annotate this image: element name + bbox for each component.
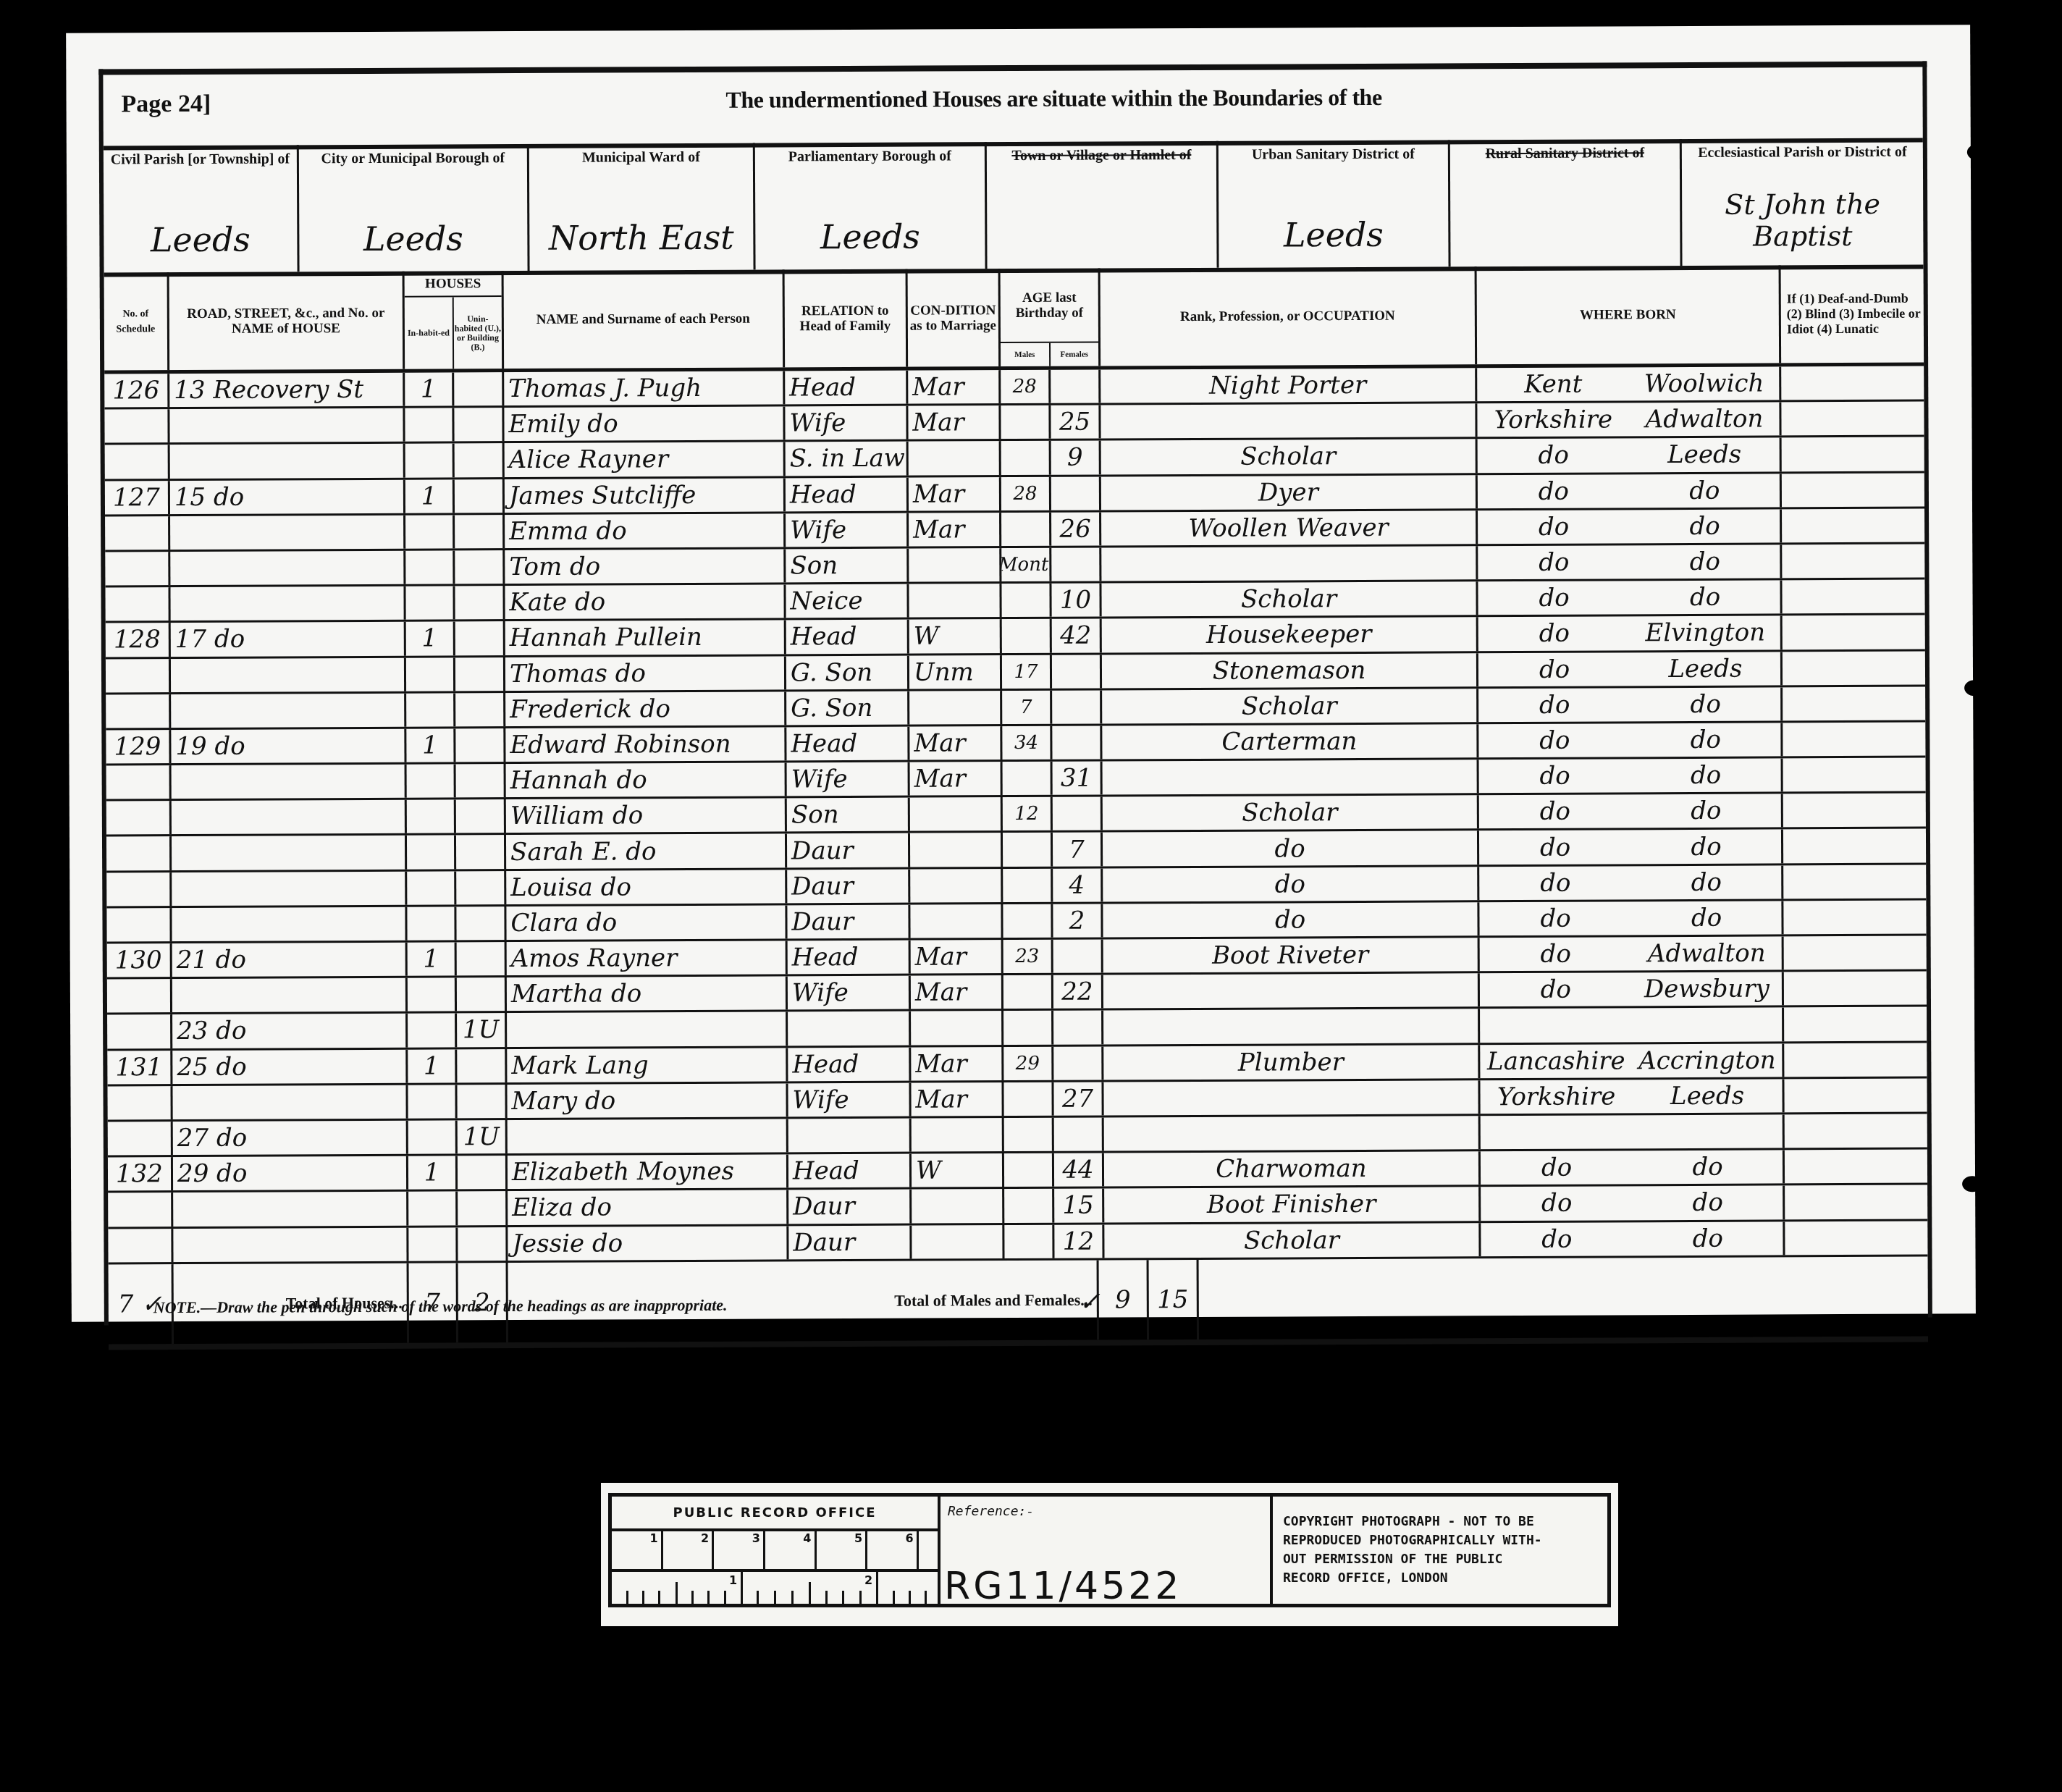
male-age-cell xyxy=(1003,868,1053,901)
road-cell xyxy=(172,978,408,1013)
occupation-cell: Boot Finisher xyxy=(1104,1187,1481,1222)
uninhabited-cell xyxy=(456,764,506,797)
condition-cell: Mar xyxy=(909,726,1002,760)
occupation-cell: Carterman xyxy=(1102,724,1478,759)
table-header: No. of Schedule ROAD, STREET, &c., and N… xyxy=(104,265,1924,374)
inhabited-cell xyxy=(407,871,456,904)
occupation-cell: Boot Riveter xyxy=(1103,938,1480,972)
boundary-value: St John the Baptist xyxy=(1682,188,1923,253)
relation-cell: G. Son xyxy=(786,655,909,689)
female-age-cell: 2 xyxy=(1053,904,1103,937)
uninhabited-cell xyxy=(455,586,505,619)
schedule-cell xyxy=(105,552,170,586)
male-age-cell xyxy=(1001,405,1051,439)
occupation-cell: do xyxy=(1103,867,1479,901)
inhabited-cell: 1 xyxy=(406,728,455,762)
copyright-line: COPYRIGHT PHOTOGRAPH - NOT TO BE xyxy=(1283,1513,1542,1531)
born-county-cell: do xyxy=(1479,901,1631,935)
occupation-cell xyxy=(1104,1116,1481,1151)
female-age-cell: 10 xyxy=(1051,584,1101,617)
born-place-cell: do xyxy=(1631,758,1783,792)
name-cell xyxy=(507,1012,788,1047)
born-county-cell: do xyxy=(1478,723,1630,757)
schedule-cell xyxy=(107,979,172,1013)
relation-cell: Head xyxy=(786,620,909,654)
boundary-value: Leeds xyxy=(1219,214,1448,254)
female-age-cell: 44 xyxy=(1054,1153,1104,1187)
ruler-label: 2 xyxy=(864,1573,872,1587)
boundary-label: Ecclesiastical Parish or District of xyxy=(1682,144,1923,161)
male-age-cell xyxy=(1004,1118,1054,1151)
uninhabited-cell xyxy=(456,871,506,904)
road-cell: 29 do xyxy=(173,1156,408,1191)
born-place-cell: Dewsbury xyxy=(1632,972,1784,1006)
condition-cell xyxy=(909,441,1001,475)
uninhabited-cell xyxy=(455,515,505,548)
boundary-value: Leeds xyxy=(299,219,527,258)
schedule-cell: 126 xyxy=(104,374,169,408)
col-condition: CON-DITION as to Marriage xyxy=(908,269,1001,367)
boundary-municipal-borough: City or Municipal Borough of Leeds xyxy=(299,144,530,272)
inhabited-cell xyxy=(408,1227,458,1261)
boundary-value xyxy=(1450,253,1680,253)
road-cell xyxy=(172,765,407,799)
born-county-cell: Kent xyxy=(1477,367,1629,401)
name-cell: Mary do xyxy=(507,1083,788,1118)
born-place-cell: do xyxy=(1633,1221,1785,1255)
boundary-civil-parish: Civil Parish [or Township] of Leeds xyxy=(104,145,300,272)
born-county-cell: do xyxy=(1478,510,1630,544)
schedule-cell xyxy=(105,587,170,621)
born-place-cell: do xyxy=(1630,544,1782,579)
female-age-cell: 4 xyxy=(1053,868,1103,901)
road-cell xyxy=(170,444,405,479)
inhabited-cell xyxy=(405,515,455,548)
born-county-cell: do xyxy=(1478,688,1630,722)
occupation-cell: do xyxy=(1103,831,1479,866)
born-place-cell: do xyxy=(1631,794,1783,828)
occupation-cell: do xyxy=(1103,902,1479,937)
female-age-cell: 25 xyxy=(1051,405,1101,439)
col-name: NAME and Surname of each Person xyxy=(504,269,786,369)
infirmity-cell xyxy=(1783,794,1926,828)
ruler-label: 1 xyxy=(729,1573,737,1587)
male-age-cell xyxy=(1004,1189,1054,1222)
uninhabited-cell: 1U xyxy=(457,1013,507,1046)
female-age-cell: 22 xyxy=(1053,975,1103,1009)
born-place-cell xyxy=(1633,1114,1785,1148)
relation-cell: Daur xyxy=(787,833,910,867)
road-cell: 13 Recovery St xyxy=(169,373,405,408)
born-place-cell: Leeds xyxy=(1632,1079,1784,1113)
name-cell: Hannah Pullein xyxy=(505,621,786,655)
infirmity-cell xyxy=(1785,1114,1927,1148)
boundary-label: Municipal Ward of xyxy=(529,149,753,166)
scale-panel: PUBLIC RECORD OFFICE 1 2 3 4 5 6 1 xyxy=(612,1497,940,1604)
male-age-cell xyxy=(1003,1082,1053,1116)
female-age-cell: 27 xyxy=(1053,1082,1103,1115)
born-county-cell: do xyxy=(1478,652,1630,686)
infirmity-cell xyxy=(1783,829,1926,863)
born-place-cell: do xyxy=(1630,723,1783,757)
scale-mark: 3 xyxy=(714,1531,765,1569)
road-cell xyxy=(172,907,407,942)
inhabited-cell xyxy=(407,800,456,833)
page-title: The undermentioned Houses are situate wi… xyxy=(725,84,1381,114)
boundary-value: Leeds xyxy=(755,216,985,256)
schedule-cell xyxy=(105,445,170,479)
age-label: AGE last Birthday of xyxy=(1001,269,1098,342)
infirmity-cell xyxy=(1783,758,1926,792)
female-age-cell xyxy=(1053,1011,1103,1044)
born-county-cell: do xyxy=(1479,866,1631,900)
name-cell xyxy=(508,1119,788,1153)
relation-cell: Son xyxy=(787,798,910,832)
persons-total-text: Total of Males and Females... xyxy=(894,1290,1093,1310)
inhabited-cell: 1 xyxy=(405,372,454,405)
col-houses: HOUSES In-habit-ed Unin-habited (U.), or… xyxy=(405,271,505,369)
female-age-cell xyxy=(1053,940,1103,973)
born-place-cell: Elvington xyxy=(1630,616,1783,650)
condition-cell xyxy=(909,548,1001,582)
inhabited-cell: 1 xyxy=(408,942,457,975)
male-age-cell xyxy=(1003,1011,1053,1044)
relation-cell: Neice xyxy=(786,584,909,618)
inhabited-cell xyxy=(408,1120,458,1153)
born-place-cell: do xyxy=(1630,509,1782,543)
boundary-label: Parliamentary Borough of xyxy=(755,148,985,164)
occupation-cell xyxy=(1103,973,1480,1008)
born-place-cell: Adwalton xyxy=(1629,403,1781,437)
occupation-cell: Stonemason xyxy=(1102,653,1478,688)
uninhabited-cell xyxy=(458,1191,508,1224)
road-cell: 19 do xyxy=(171,729,406,764)
born-place-cell: Leeds xyxy=(1630,438,1782,472)
born-county-cell: do xyxy=(1479,759,1631,793)
occupation-cell: Plumber xyxy=(1103,1045,1480,1080)
male-age-cell: 23 xyxy=(1003,940,1053,973)
relation-cell xyxy=(788,1119,912,1153)
occupation-cell: Night Porter xyxy=(1101,368,1477,403)
born-place-cell: do xyxy=(1630,474,1782,508)
infirmity-cell xyxy=(1783,722,1925,756)
occupation-cell: Housekeeper xyxy=(1102,618,1478,652)
relation-cell xyxy=(788,1011,911,1046)
occupation-cell: Scholar xyxy=(1103,795,1479,830)
inhabited-cell xyxy=(407,764,456,797)
females-total: 15 xyxy=(1149,1260,1199,1339)
male-age-cell: 6 Months xyxy=(1001,548,1051,581)
born-county-cell: do xyxy=(1481,1222,1633,1256)
male-age-cell xyxy=(1004,1224,1054,1258)
relation-cell: Wife xyxy=(785,406,908,440)
relation-cell: Head xyxy=(788,1154,912,1188)
schedule-cell xyxy=(108,1192,173,1227)
female-age-cell xyxy=(1053,1046,1103,1080)
born-county-cell: do xyxy=(1478,617,1630,651)
totals-blank xyxy=(1199,1256,1928,1339)
condition-cell: Mar xyxy=(909,477,1001,511)
female-age-cell: 15 xyxy=(1054,1189,1104,1222)
schedule-cell xyxy=(108,1229,173,1263)
uninhabited-cell xyxy=(458,1227,508,1261)
male-age-cell xyxy=(1003,904,1053,938)
male-age-cell: 12 xyxy=(1003,797,1053,830)
male-age-cell: 7 xyxy=(1002,690,1052,723)
scale-mark: 4 xyxy=(765,1531,817,1569)
census-table: No. of Schedule ROAD, STREET, &c., and N… xyxy=(104,265,1928,1350)
occupation-cell xyxy=(1103,1080,1480,1115)
inhabited-cell xyxy=(405,550,455,584)
schedule-cell xyxy=(107,1014,172,1048)
road-cell xyxy=(169,408,405,443)
inhabited-cell xyxy=(406,693,455,726)
record-office-label: PUBLIC RECORD OFFICE 1 2 3 4 5 6 1 xyxy=(601,1483,1618,1626)
relation-cell: Wife xyxy=(788,976,911,1010)
condition-cell: Mar xyxy=(911,1047,1003,1081)
relation-cell: Wife xyxy=(787,762,910,796)
name-cell: Louisa do xyxy=(506,870,787,904)
male-age-cell: 28 xyxy=(1001,476,1051,510)
female-age-cell: 31 xyxy=(1053,762,1103,795)
boundary-value: Leeds xyxy=(104,219,297,259)
col-uninhabited: Unin-habited (U.), or Building (B.) xyxy=(454,297,502,369)
inhabited-cell xyxy=(407,836,456,869)
born-place-cell: do xyxy=(1630,581,1782,615)
female-age-cell: 42 xyxy=(1052,619,1102,652)
born-county-cell: do xyxy=(1480,937,1632,971)
schedule-cell: 132 xyxy=(108,1157,173,1191)
schedule-cell xyxy=(106,694,171,728)
col-where-born: WHERE BORN xyxy=(1477,265,1782,364)
condition-cell xyxy=(910,797,1003,831)
born-place-cell: Woolwich xyxy=(1629,366,1781,400)
road-cell xyxy=(170,586,405,621)
reference-panel: Reference:- RG11/4522 xyxy=(940,1497,1273,1604)
relation-cell: Head xyxy=(786,727,909,761)
occupation-cell xyxy=(1101,403,1477,438)
record-office-title: PUBLIC RECORD OFFICE xyxy=(612,1497,938,1531)
name-cell: Tom do xyxy=(505,549,786,584)
name-cell: Frederick do xyxy=(505,691,786,726)
uninhabited-cell xyxy=(457,1049,507,1082)
copyright-line: OUT PERMISSION OF THE PUBLIC xyxy=(1283,1550,1542,1569)
male-age-cell xyxy=(1002,619,1052,652)
inhabited-cell: 1 xyxy=(406,622,455,655)
condition-cell xyxy=(910,869,1003,903)
infirmity-cell xyxy=(1783,900,1926,934)
road-cell xyxy=(172,1085,408,1119)
road-cell xyxy=(173,1192,408,1227)
uninhabited-cell xyxy=(457,1085,507,1118)
relation-cell: Head xyxy=(785,371,908,405)
condition-cell xyxy=(912,1118,1004,1152)
infirmity-cell xyxy=(1781,366,1924,400)
born-place-cell: Leeds xyxy=(1630,652,1783,686)
female-age-cell xyxy=(1051,547,1101,581)
name-cell: Elizabeth Moynes xyxy=(508,1155,788,1190)
born-place-cell: Accrington xyxy=(1632,1043,1784,1077)
occupation-cell: Scholar xyxy=(1102,689,1478,723)
condition-cell: Mar xyxy=(911,940,1003,974)
inhabited-cell xyxy=(408,1192,458,1225)
relation-cell: Daur xyxy=(788,1225,912,1259)
road-cell xyxy=(172,836,407,870)
census-page: Page 24] The undermentioned Houses are s… xyxy=(66,25,1976,1321)
born-county-cell: do xyxy=(1481,1187,1633,1221)
schedule-cell xyxy=(106,872,172,906)
schedule-cell xyxy=(106,837,172,871)
scale-ruler: 1 2 xyxy=(612,1572,938,1604)
female-age-cell: 7 xyxy=(1053,833,1103,866)
male-age-cell xyxy=(1003,762,1053,795)
col-road: ROAD, STREET, &c., and No. or NAME of HO… xyxy=(169,272,405,370)
uninhabited-cell xyxy=(457,942,507,975)
relation-cell: Head xyxy=(788,941,911,975)
infirmity-cell xyxy=(1782,437,1924,471)
infirmity-cell xyxy=(1782,580,1924,614)
scale-mark-end xyxy=(919,1531,938,1569)
condition-cell xyxy=(910,904,1003,938)
schedule-cell xyxy=(106,765,172,799)
name-cell: Thomas J. Pugh xyxy=(504,371,785,405)
boundary-label: Town or Village or Hamlet of xyxy=(987,147,1216,164)
occupation-cell: Dyer xyxy=(1101,475,1478,510)
boundary-urban-sanitary: Urban Sanitary District of Leeds xyxy=(1219,140,1451,267)
born-county-cell: do xyxy=(1478,474,1630,508)
inhabited-cell xyxy=(405,408,454,442)
male-age-cell: 28 xyxy=(1001,370,1051,403)
col-relation: RELATION to Head of Family xyxy=(785,269,909,368)
road-cell xyxy=(170,551,405,586)
condition-cell: W xyxy=(909,619,1002,653)
male-age-cell xyxy=(1003,975,1053,1009)
condition-cell xyxy=(910,833,1003,867)
name-cell: Sarah E. do xyxy=(506,834,787,869)
name-cell: Emily do xyxy=(504,407,785,442)
infirmity-cell xyxy=(1784,936,1927,970)
note-check-mark: ✓ xyxy=(1079,1287,1101,1317)
boundary-value xyxy=(987,255,1216,256)
uninhabited-cell xyxy=(454,408,504,441)
boundary-parliamentary-borough: Parliamentary Borough of Leeds xyxy=(755,142,988,269)
col-occupation: Rank, Profession, or OCCUPATION xyxy=(1101,266,1478,366)
occupation-cell xyxy=(1103,1009,1480,1044)
page-number: Page 24] xyxy=(121,91,211,119)
col-schedule: No. of Schedule xyxy=(104,272,170,370)
schedule-cell: 131 xyxy=(107,1051,172,1085)
female-age-cell xyxy=(1054,1117,1104,1151)
inhabited-cell xyxy=(405,586,455,620)
female-age-cell xyxy=(1051,476,1101,510)
born-county-cell: do xyxy=(1479,795,1631,829)
boundary-label: Urban Sanitary District of xyxy=(1219,146,1448,162)
name-cell: William do xyxy=(506,799,787,833)
inhabited-cell xyxy=(405,444,455,477)
condition-cell: Mar xyxy=(908,370,1001,404)
occupation-cell: Scholar xyxy=(1104,1223,1481,1258)
schedule-cell: 128 xyxy=(106,623,171,657)
female-age-cell: 26 xyxy=(1051,512,1101,545)
reference-value: RG11/4522 xyxy=(944,1565,1182,1608)
uninhabited-cell xyxy=(455,657,505,691)
schedule-cell: 129 xyxy=(106,730,171,764)
infirmity-cell xyxy=(1784,972,1927,1006)
col-infirmity: If (1) Deaf-and-Dumb (2) Blind (3) Imbec… xyxy=(1781,265,1924,363)
uninhabited-cell xyxy=(455,621,505,655)
born-county-cell: do xyxy=(1479,830,1631,865)
relation-cell: Head xyxy=(788,1047,911,1081)
schedule-cell xyxy=(106,801,172,835)
boundary-label: Rural Sanitary District of xyxy=(1450,145,1680,161)
born-place-cell: do xyxy=(1631,830,1783,864)
schedule-cell xyxy=(106,908,172,942)
occupation-cell: Scholar xyxy=(1101,581,1478,616)
boundary-row: Civil Parish [or Township] of Leeds City… xyxy=(104,138,1924,277)
scale-mark: 1 xyxy=(612,1531,663,1569)
relation-cell: S. in Law xyxy=(786,442,909,476)
infirmity-cell xyxy=(1783,865,1926,899)
infirmity-cell xyxy=(1785,1185,1927,1219)
born-place-cell xyxy=(1632,1008,1784,1042)
born-place-cell: do xyxy=(1633,1151,1785,1185)
born-place-cell: do xyxy=(1633,1186,1785,1220)
inhabited-cell: 1 xyxy=(408,1156,458,1190)
infirmity-cell xyxy=(1784,1007,1927,1041)
infirmity-cell xyxy=(1784,1043,1927,1077)
uninhabited-cell xyxy=(455,693,505,726)
boundary-rural-sanitary: Rural Sanitary District of xyxy=(1450,139,1683,266)
punch-hole xyxy=(1962,1176,1982,1192)
inhabited-cell: 1 xyxy=(408,1049,457,1082)
houses-label: HOUSES xyxy=(405,271,502,298)
road-cell: 21 do xyxy=(172,943,408,977)
copyright-line: RECORD OFFICE, LONDON xyxy=(1283,1569,1542,1588)
male-age-cell xyxy=(1003,833,1053,866)
name-cell: Kate do xyxy=(505,585,786,620)
road-cell xyxy=(172,871,407,906)
condition-cell: Mar xyxy=(911,975,1003,1009)
name-cell: Clara do xyxy=(506,905,787,940)
col-females: Females xyxy=(1051,343,1099,366)
condition-cell xyxy=(912,1225,1004,1259)
female-age-cell: 9 xyxy=(1051,441,1101,474)
boundary-label: Civil Parish [or Township] of xyxy=(104,151,297,167)
infirmity-cell xyxy=(1782,508,1924,542)
road-cell: 25 do xyxy=(172,1049,408,1084)
uninhabited-cell xyxy=(455,550,505,584)
schedule-cell xyxy=(106,659,171,693)
born-county-cell: do xyxy=(1480,973,1632,1007)
boundary-town-village: Town or Village or Hamlet of xyxy=(987,141,1219,269)
born-county-cell: Yorkshire xyxy=(1480,1080,1632,1114)
uninhabited-cell xyxy=(458,1156,508,1189)
road-cell xyxy=(171,657,406,692)
inhabited-cell xyxy=(406,657,455,691)
title-row: Page 24] The undermentioned Houses are s… xyxy=(103,67,1922,151)
relation-cell: Wife xyxy=(788,1082,911,1116)
road-cell xyxy=(173,1227,408,1262)
col-inhabited: In-habit-ed xyxy=(405,297,454,369)
boundary-value: North East xyxy=(529,218,753,258)
occupation-cell xyxy=(1101,546,1478,581)
male-age-cell xyxy=(1001,441,1051,474)
uninhabited-cell xyxy=(455,443,505,476)
infirmity-cell xyxy=(1785,1150,1927,1184)
male-age-cell xyxy=(1001,584,1051,617)
male-age-cell: 17 xyxy=(1002,655,1052,688)
table-body: 12613 Recovery St1Thomas J. PughHeadMar2… xyxy=(104,366,1927,1265)
